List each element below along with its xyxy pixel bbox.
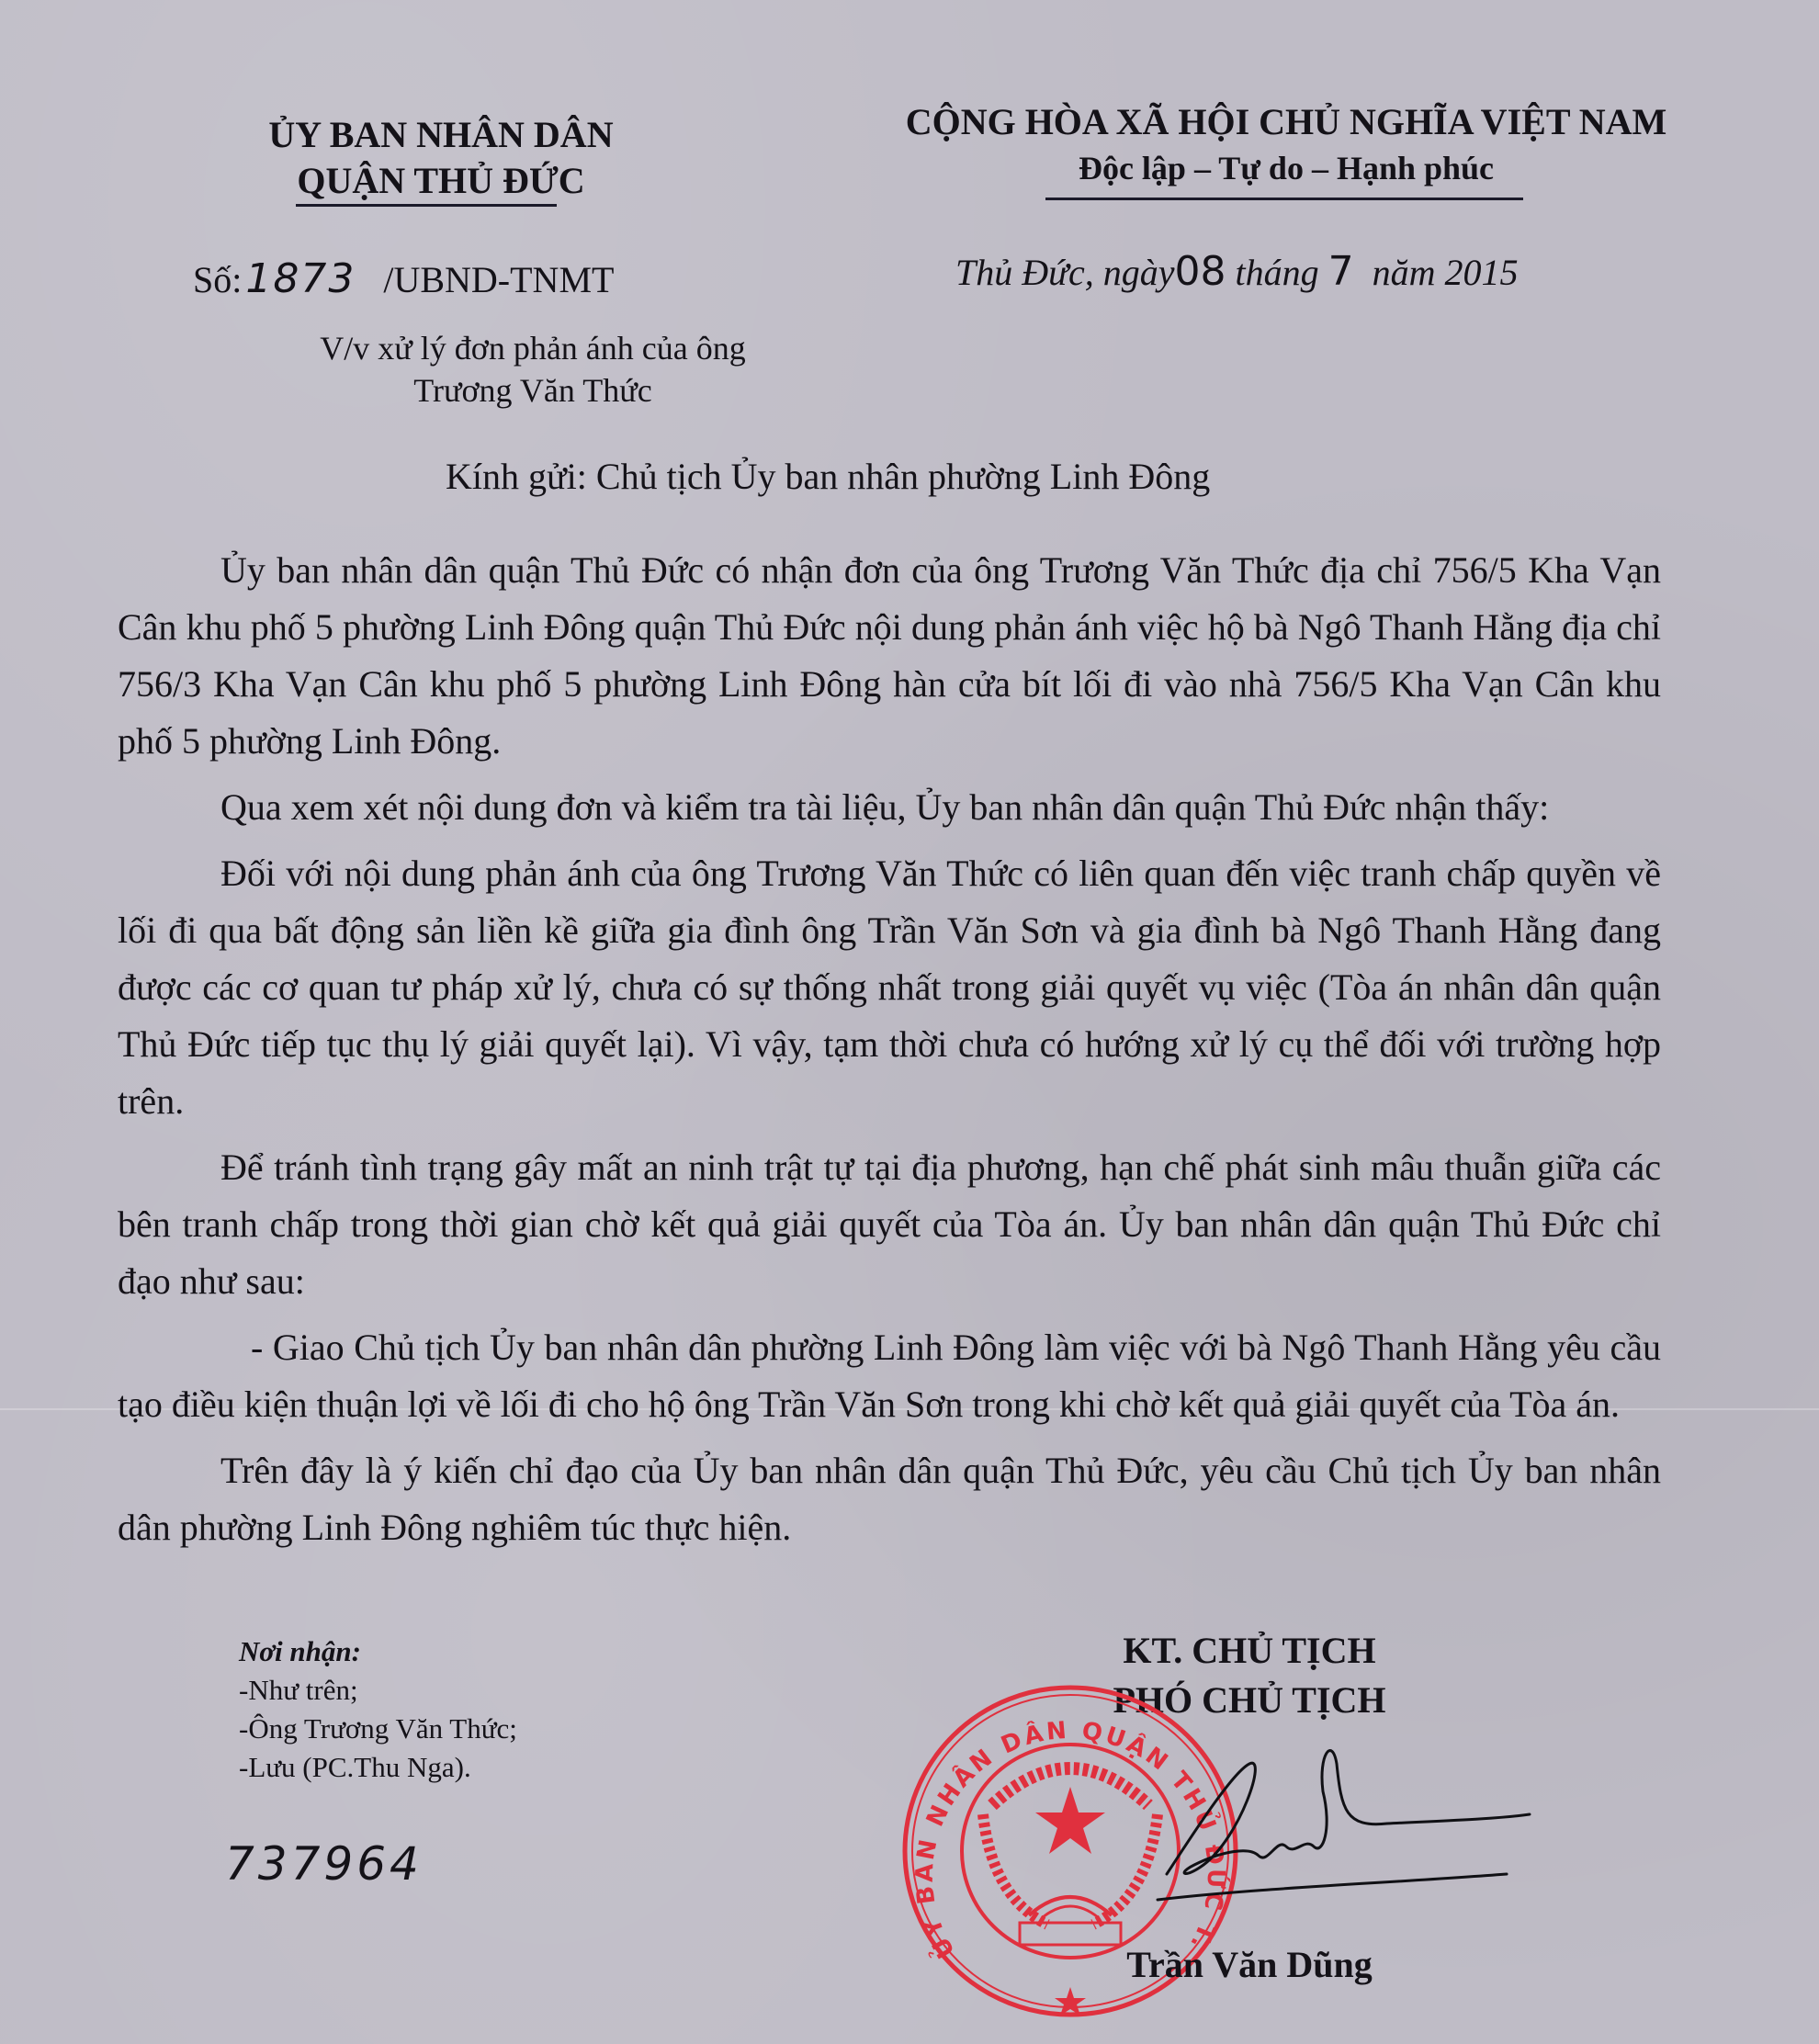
addressee: Kính gửi: Chủ tịch Ủy ban nhân phường Li… [446,455,1210,498]
national-title: CỘNG HÒA XÃ HỘI CHỦ NGHĨA VIỆT NAM [854,99,1718,145]
subject-line-2: Trương Văn Thức [276,369,790,412]
signer-name: Trần Văn Dũng [1066,1943,1433,1986]
authority-line-2: QUẬN THỦ ĐỨC [184,158,698,204]
date-line: Thủ Đức, ngày08 tháng 7 năm 2015 [955,248,1518,295]
body-paragraph: Trên đây là ý kiến chỉ đạo của Ủy ban nh… [118,1442,1661,1556]
signature-title-line-1: KT. CHỦ TỊCH [1066,1626,1433,1676]
handwritten-signature-icon [1148,1736,1534,1920]
recipients-title: Nơi nhận: [239,1632,517,1671]
subject-line-1: V/v xử lý đơn phản ánh của ông [276,327,790,369]
recipient-item: -Như trên; [239,1671,517,1710]
authority-line-1: ỦY BAN NHÂN DÂN [184,112,698,158]
recipients-block: Nơi nhận: -Như trên; -Ông Trương Văn Thứ… [239,1632,517,1787]
date-year: năm 2015 [1373,252,1519,293]
letter-body: Ủy ban nhân dân quận Thủ Đức có nhận đơn… [118,542,1661,1565]
recipient-item: -Ông Trương Văn Thức; [239,1710,517,1748]
date-month: 7 [1328,248,1354,295]
recipient-item: -Lưu (PC.Thu Nga). [239,1748,517,1787]
body-paragraph: Qua xem xét nội dung đơn và kiểm tra tài… [118,779,1661,836]
subject: V/v xử lý đơn phản ánh của ông Trương Vă… [276,327,790,412]
number-value: 1873 [245,255,356,302]
authority-underline [296,204,557,207]
number-prefix: Số: [193,259,242,300]
body-paragraph: Đối với nội dung phản ánh của ông Trương… [118,845,1661,1130]
national-motto: Độc lập – Tự do – Hạnh phúc [854,149,1718,187]
body-paragraph: Ủy ban nhân dân quận Thủ Đức có nhận đơn… [118,542,1661,770]
date-month-label: tháng [1235,252,1318,293]
number-suffix: /UBND-TNMT [383,259,614,300]
document-number: Số:1873/UBND-TNMT [193,255,614,302]
date-place: Thủ Đức, ngày [955,252,1174,293]
body-paragraph: Để tránh tình trạng gây mất an ninh trật… [118,1139,1661,1310]
date-day: 08 [1174,248,1226,295]
handwritten-note: 737964 [225,1837,423,1891]
directive-bullet: - Giao Chủ tịch Ủy ban nhân dân phường L… [118,1319,1661,1433]
motto-underline [1045,198,1523,200]
issuing-authority-header: ỦY BAN NHÂN DÂN QUẬN THỦ ĐỨC [184,112,698,204]
